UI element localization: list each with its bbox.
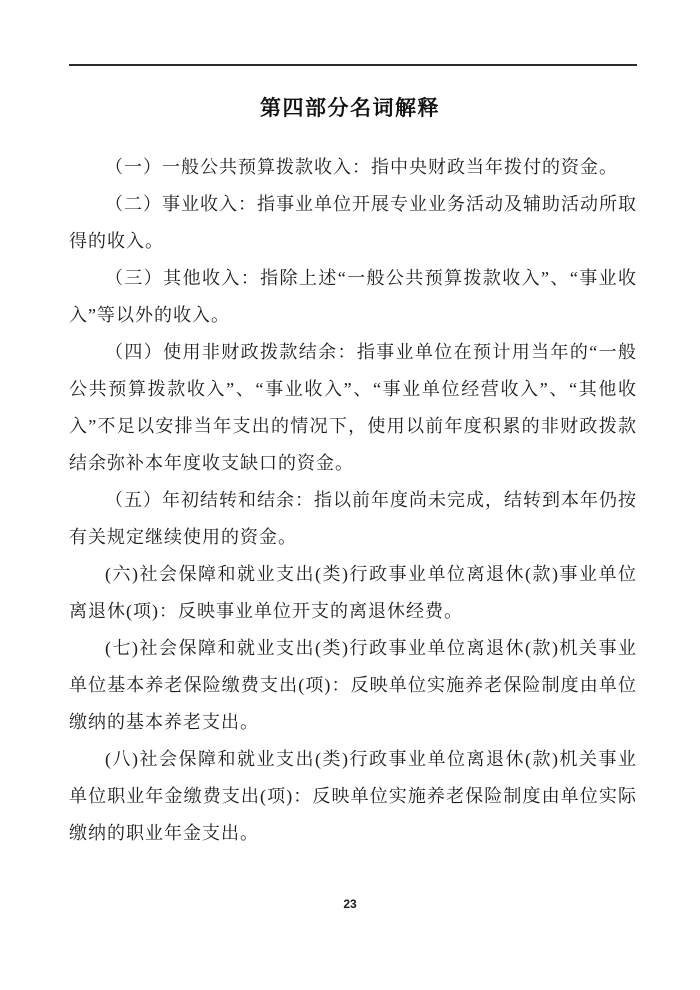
paragraph-definition-5: （五）年初结转和结余：指以前年度尚未完成，结转到本年仍按有关规定继续使用的资金。 (69, 482, 637, 556)
document-body: （一）一般公共预算拨款收入：指中央财政当年拨付的资金。 （二）事业收入：指事业单… (69, 149, 637, 852)
page-number: 23 (0, 897, 700, 911)
section-title: 第四部分名词解释 (0, 92, 700, 122)
paragraph-definition-8: (八)社会保障和就业支出(类)行政事业单位离退休(款)机关事业单位职业年金缴费支… (69, 741, 637, 852)
paragraph-definition-7: (七)社会保障和就业支出(类)行政事业单位离退休(款)机关事业单位基本养老保险缴… (69, 630, 637, 741)
paragraph-definition-3: （三）其他收入：指除上述“一般公共预算拨款收入”、“事业收入”等以外的收入。 (69, 260, 637, 334)
document-page: 第四部分名词解释 （一）一般公共预算拨款收入：指中央财政当年拨付的资金。 （二）… (0, 0, 700, 990)
paragraph-definition-2: （二）事业收入：指事业单位开展专业业务活动及辅助活动所取得的收入。 (69, 186, 637, 260)
paragraph-definition-6: (六)社会保障和就业支出(类)行政事业单位离退休(款)事业单位离退休(项)：反映… (69, 556, 637, 630)
header-rule (69, 64, 637, 66)
paragraph-definition-1: （一）一般公共预算拨款收入：指中央财政当年拨付的资金。 (69, 149, 637, 186)
paragraph-definition-4: （四）使用非财政拨款结余：指事业单位在预计用当年的“一般公共预算拨款收入”、“事… (69, 334, 637, 482)
